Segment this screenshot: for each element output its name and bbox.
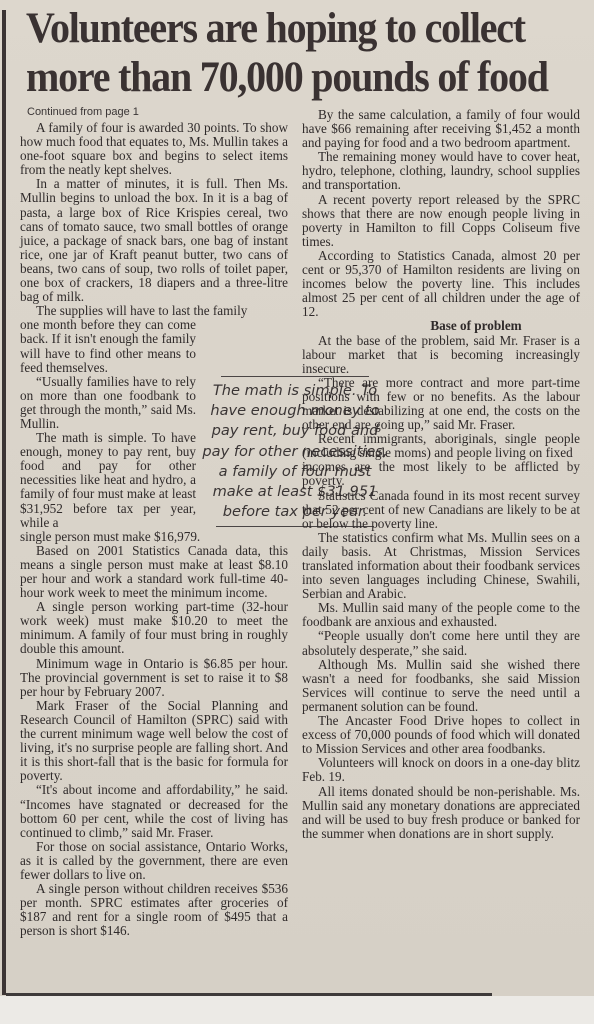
paragraph: A recent poverty report released by the … — [302, 193, 580, 249]
article-column-2: By the same calculation, a family of fou… — [302, 108, 580, 841]
newspaper-clipping: Volunteers are hoping to collect more th… — [0, 0, 594, 1024]
paragraph: Recent immigrants, aboriginals, single p… — [302, 432, 580, 460]
continued-from-label: Continued from page 1 — [27, 106, 139, 118]
paragraph: For those on social assistance, Ontario … — [20, 840, 288, 882]
paragraph: By the same calculation, a family of fou… — [302, 108, 580, 150]
paragraph: The remaining money would have to cover … — [302, 150, 580, 192]
headline: Volunteers are hoping to collect more th… — [26, 4, 547, 102]
paragraph: All items donated should be non-perishab… — [302, 785, 580, 841]
paragraph: Although Ms. Mullin said she wished ther… — [302, 658, 580, 714]
paragraph: “People usually don't come here until th… — [302, 629, 580, 657]
paragraph: “Usually families have to rely on more t… — [20, 375, 196, 431]
paragraph: A single person without children receive… — [20, 882, 288, 938]
paragraph: one month before they can come back. If … — [20, 318, 196, 374]
left-border-rule — [2, 10, 6, 995]
paragraph: Based on 2001 Statistics Canada data, th… — [20, 544, 288, 600]
headline-line-2: more than 70,000 pounds of food — [26, 53, 547, 102]
paragraph: At the base of the problem, said Mr. Fra… — [302, 334, 580, 376]
paragraph: “There are more contract and more part-t… — [302, 376, 580, 432]
paragraph: In a matter of minutes, it is full. Then… — [20, 177, 288, 304]
paragraph: The supplies will have to last the famil… — [20, 304, 288, 318]
paragraph: “It's about income and affordability,” h… — [20, 783, 288, 839]
paragraph: Mark Fraser of the Social Planning and R… — [20, 699, 288, 784]
paragraph: Volunteers will knock on doors in a one-… — [302, 756, 580, 784]
paragraph: Minimum wage in Ontario is $6.85 per hou… — [20, 657, 288, 699]
headline-line-1: Volunteers are hoping to collect — [26, 4, 547, 53]
paragraph: The statistics confirm what Ms. Mullin s… — [302, 531, 580, 601]
paragraph: incomes are the most likely to be afflic… — [302, 460, 580, 488]
paragraph: The Ancaster Food Drive hopes to collect… — [302, 714, 580, 756]
paragraph: A single person working part-time (32-ho… — [20, 600, 288, 656]
paragraph: According to Statistics Canada, almost 2… — [302, 249, 580, 319]
paragraph: Statistics Canada found in its most rece… — [302, 489, 580, 531]
paragraph: The math is simple. To have enough, mone… — [20, 431, 196, 530]
subheading: Base of problem — [302, 319, 580, 333]
paragraph: Ms. Mullin said many of the people come … — [302, 601, 580, 629]
scan-margin — [0, 996, 594, 1024]
paragraph: A family of four is awarded 30 points. T… — [20, 121, 288, 177]
